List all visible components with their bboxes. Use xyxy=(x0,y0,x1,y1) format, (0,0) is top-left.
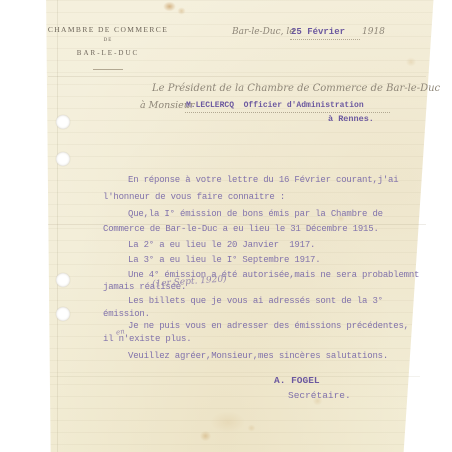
body-line: l'honneur de vous faire connaitre : xyxy=(103,192,285,202)
paper-crease xyxy=(48,76,426,77)
body-line: La 3° a eu lieu le I° Septembre 1917. xyxy=(128,255,320,265)
body-line: Les billets que je vous ai adressés sont… xyxy=(128,296,383,306)
paper-crease xyxy=(50,376,420,377)
body-line: émission. xyxy=(103,309,150,319)
letterhead-org-name: Chambre de Commerce xyxy=(38,25,178,34)
letterhead-rule xyxy=(93,69,123,70)
stain xyxy=(176,6,187,16)
punch-hole xyxy=(56,307,70,321)
dateline-year: 1918 xyxy=(362,27,385,37)
dateline-place-printed: Bar-le-Duc, le xyxy=(232,27,295,37)
body-line: En réponse à votre lettre du 16 Février … xyxy=(128,175,398,185)
signature-name: A. FOGEL xyxy=(274,375,320,386)
letterhead-city: Bar-le-Duc xyxy=(38,49,178,57)
recipient-name-typed: M.LECLERCQ Officier d'Administration xyxy=(186,101,364,110)
body-line: La 2° a eu lieu le 20 Janvier 1917. xyxy=(128,240,315,250)
punch-hole xyxy=(56,152,70,166)
stain xyxy=(246,423,257,433)
recipient-city-typed: à Rennes. xyxy=(328,114,374,124)
stain xyxy=(404,56,418,68)
body-line: Veuillez agréer,Monsieur,mes sincères sa… xyxy=(128,351,388,361)
stain xyxy=(198,429,213,443)
body-line: Que,la I° émission de bons émis par la C… xyxy=(128,209,383,219)
body-line: Je ne puis vous en adresser des émission… xyxy=(128,321,409,331)
recipient-rule xyxy=(185,112,390,113)
body-line: Commerce de Bar-le-Duc a eu lieu le 31 D… xyxy=(103,224,379,234)
handwritten-insertion: en xyxy=(115,327,125,336)
letterhead-de: de xyxy=(38,38,178,43)
punch-hole xyxy=(56,273,70,287)
punch-hole xyxy=(56,115,70,129)
signature-title: Secrétaire. xyxy=(288,390,351,401)
paper-edge-line xyxy=(57,0,58,452)
recipient-president-line: Le Président de la Chambre de Commerce d… xyxy=(152,83,440,94)
dateline-dotted-rule xyxy=(290,39,360,40)
dateline-typed-date: 25 Février xyxy=(291,27,345,37)
scanned-letter-photo: { "letterhead": { "line1": "Chambre de C… xyxy=(0,0,452,452)
